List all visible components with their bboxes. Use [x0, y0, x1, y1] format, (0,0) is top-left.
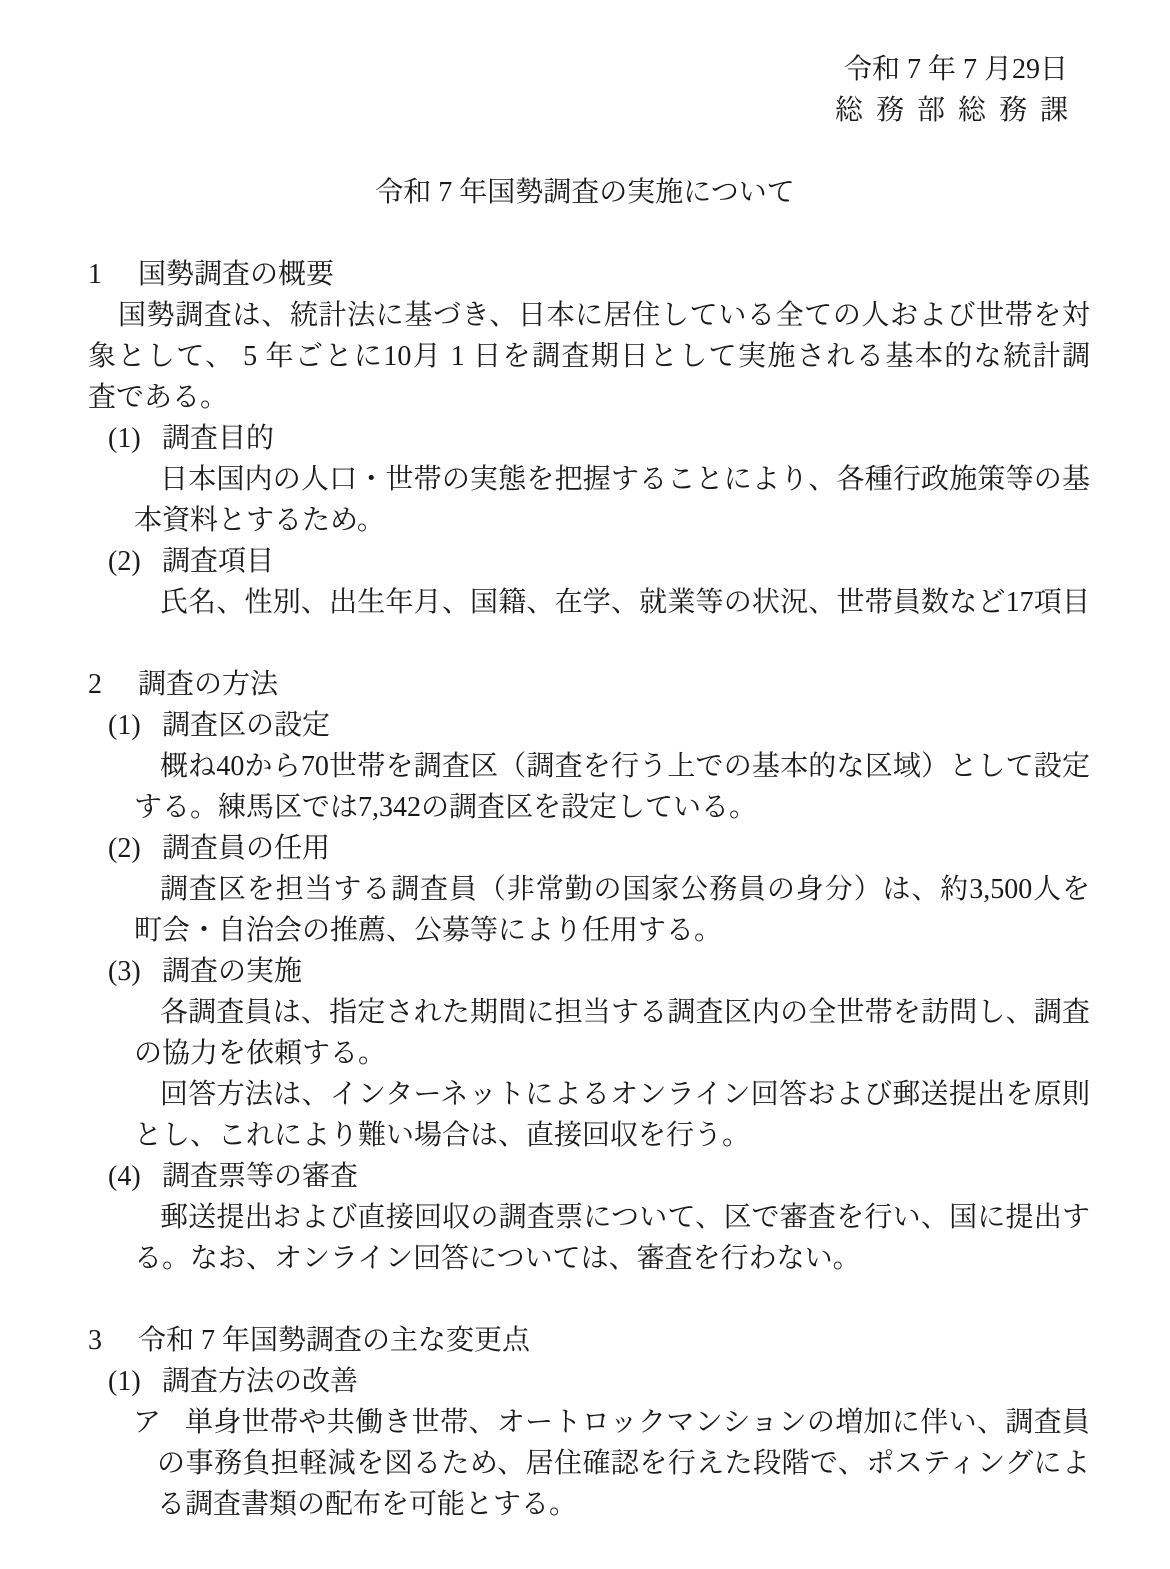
body-line: 日本国内の人口・世帯の実態を把握することにより、各種行政施策等の基 [160, 459, 1090, 500]
department-line: 総務部総務課 [0, 90, 1170, 131]
body-line: 国勢調査は、統計法に基づき、日本に居住している全ての人および世帯を対 [118, 295, 1090, 336]
body-line: 町会・自治会の推薦、公募等により任用する。 [134, 910, 1170, 951]
section-heading-text: 調査の方法 [138, 669, 278, 700]
date-line: 令和 7 年 7 月29日 [0, 49, 1170, 90]
item-heading: (1) 調査目的 [162, 418, 1170, 459]
item-heading: (2) 調査員の任用 [162, 828, 1170, 869]
document-title: 令和 7 年国勢調査の実施について [0, 172, 1170, 213]
item-label: 調査員の任用 [162, 833, 330, 864]
body-line: する。練馬区では7,342の調査区を設定している。 [134, 787, 1170, 828]
sub-item-marker: ア [133, 1402, 161, 1443]
section-heading: 1 国勢調査の概要 [138, 254, 1170, 295]
body-line: る。なお、オンライン回答については、審査を行わない。 [134, 1238, 1170, 1279]
item-number: (2) [108, 828, 141, 869]
blank-line [0, 131, 1170, 172]
item-number: (1) [108, 1361, 141, 1402]
item-label: 調査票等の審査 [162, 1161, 358, 1192]
body-line: 概ね40から70世帯を調査区（調査を行う上での基本的な区域）として設定 [160, 746, 1090, 787]
item-label: 調査目的 [162, 423, 274, 454]
section-heading-text: 令和 7 年国勢調査の主な変更点 [138, 1325, 530, 1356]
item-number: (1) [108, 418, 141, 459]
body-line: ア 単身世帯や共働き世帯、オートロックマンションの増加に伴い、調査員 [185, 1402, 1090, 1443]
item-number: (4) [108, 1156, 141, 1197]
item-label: 調査項目 [162, 546, 274, 577]
item-heading: (1) 調査方法の改善 [162, 1361, 1170, 1402]
item-heading: (3) 調査の実施 [162, 951, 1170, 992]
item-number: (2) [108, 541, 141, 582]
item-label: 調査の実施 [162, 956, 302, 987]
section-number: 3 [88, 1320, 102, 1361]
sub-item-text: 単身世帯や共働き世帯、オートロックマンションの増加に伴い、調査員 [185, 1407, 1090, 1438]
body-line: とし、これにより難い場合は、直接回収を行う。 [134, 1115, 1170, 1156]
item-heading: (1) 調査区の設定 [162, 705, 1170, 746]
body-line: 査である。 [88, 377, 1170, 418]
item-number: (3) [108, 951, 141, 992]
item-number: (1) [108, 705, 141, 746]
blank-line [0, 623, 1170, 664]
body-line: 回答方法は、インターネットによるオンライン回答および郵送提出を原則 [160, 1074, 1090, 1115]
body-line: 氏名、性別、出生年月、国籍、在学、就業等の状況、世帯員数など17項目 [160, 582, 1090, 623]
item-label: 調査方法の改善 [162, 1366, 358, 1397]
document-page: 令和 7 年 7 月29日 総務部総務課 令和 7 年国勢調査の実施について 1… [0, 0, 1170, 1569]
section-heading-text: 国勢調査の概要 [138, 259, 334, 290]
body-line: の協力を依頼する。 [134, 1033, 1170, 1074]
item-heading: (4) 調査票等の審査 [162, 1156, 1170, 1197]
item-label: 調査区の設定 [162, 710, 330, 741]
body-line: 郵送提出および直接回収の調査票について、区で審査を行い、国に提出す [160, 1197, 1090, 1238]
section-heading: 2 調査の方法 [138, 664, 1170, 705]
body-line: 象として、 5 年ごとに10月 1 日を調査期日として実施される基本的な統計調 [88, 336, 1090, 377]
body-line: 本資料とするため。 [134, 500, 1170, 541]
section-number: 2 [88, 664, 102, 705]
body-line: 調査区を担当する調査員（非常勤の国家公務員の身分）は、約3,500人を [160, 869, 1090, 910]
section-number: 1 [88, 254, 102, 295]
section-heading: 3 令和 7 年国勢調査の主な変更点 [138, 1320, 1170, 1361]
body-line: る調査書類の配布を可能とする。 [157, 1484, 1170, 1525]
body-line: の事務負担軽減を図るため、居住確認を行えた段階で、ポスティングによ [157, 1443, 1090, 1484]
blank-line [0, 1279, 1170, 1320]
blank-line [0, 213, 1170, 254]
body-line: 各調査員は、指定された期間に担当する調査区内の全世帯を訪問し、調査 [160, 992, 1090, 1033]
item-heading: (2) 調査項目 [162, 541, 1170, 582]
